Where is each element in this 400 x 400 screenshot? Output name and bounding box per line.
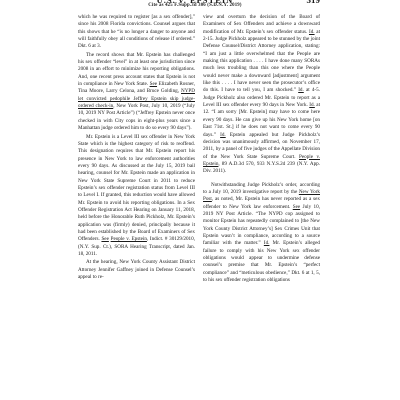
right-column: view and overturn the decision of the Bo…	[203, 14, 320, 284]
text-run: , 89 A.D.3d 570, 933 N.Y.S.2d 239 (N.Y. …	[203, 161, 320, 174]
signal-see: See	[101, 236, 108, 242]
paragraph: At the hearing, New York County Assistan…	[78, 259, 195, 281]
paragraph: view and overturn the decision of the Bo…	[203, 14, 320, 176]
text-run: at 2-15. Judge Pickholz appeared to be s…	[203, 29, 320, 94]
paragraph: Mr. Epstein is a Level III sex offender …	[78, 134, 195, 259]
text-run: Mr. Epstein’s alleged failure to comply …	[203, 240, 320, 283]
text-run: view and overturn the decision of the Bo…	[203, 14, 320, 35]
paragraph: Notwithstanding Judge Pickholz’s order, …	[203, 182, 320, 285]
paragraph: which he was required to register [as a …	[78, 14, 195, 51]
case-name: People v. Epstein	[111, 236, 147, 242]
left-column: which he was required to register [as a …	[78, 14, 195, 281]
text-run: Mr. Epstein is a Level III sex offender …	[78, 134, 195, 243]
citation-line: Cite as 425 F.Supp.3d 306 (S.D.N.Y. 2019…	[70, 3, 320, 8]
paragraph: The record shows that Mr. Epstein has ch…	[78, 52, 195, 133]
signal-see: See	[150, 81, 157, 87]
